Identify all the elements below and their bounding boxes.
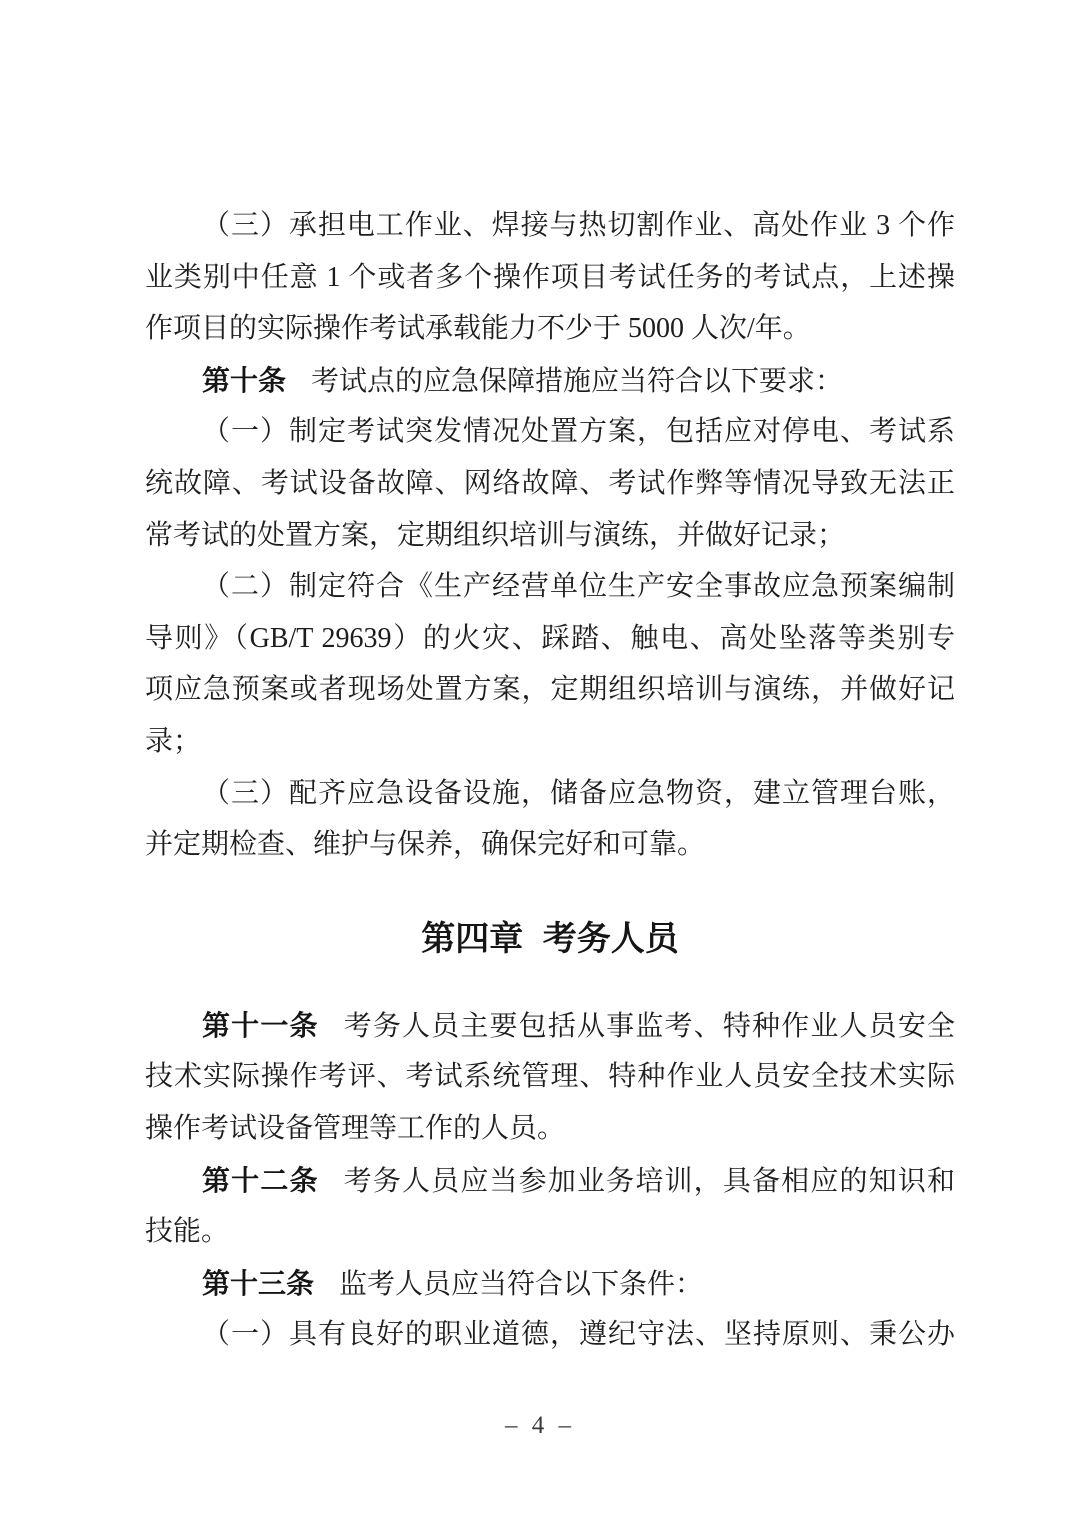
- text-line: （二）制定符合《生产经营单位生产安全事故应急预案编制: [145, 561, 955, 613]
- text-line: 第十一条考务人员主要包括从事监考、特种作业人员安全: [145, 1000, 955, 1052]
- article-number: 第十三条: [202, 1268, 314, 1299]
- text-line: 录；: [145, 716, 955, 768]
- text-line: （三）承担电工作业、焊接与热切割作业、高处作业 3 个作: [145, 200, 955, 252]
- text-line: （三）配齐应急设备设施，储备应急物资，建立管理台账，: [145, 768, 955, 820]
- article-text: 考务人员应当参加业务培训，具备相应的知识和: [344, 1166, 955, 1197]
- article-number: 第十条: [202, 365, 286, 396]
- chapter-body: 第十一条考务人员主要包括从事监考、特种作业人员安全 技术实际操作考评、考试系统管…: [145, 1000, 955, 1361]
- article-text: 监考人员应当符合以下条件：: [339, 1269, 703, 1300]
- article-text: 考务人员主要包括从事监考、特种作业人员安全: [344, 1011, 955, 1042]
- page-number: – 4 –: [0, 1412, 1080, 1440]
- text-line: 第十条考试点的应急保障措施应当符合以下要求：: [145, 355, 955, 407]
- text-line: 统故障、考试设备故障、网络故障、考试作弊等情况导致无法正: [145, 458, 955, 510]
- text-line: 技术实际操作考评、考试系统管理、特种作业人员安全技术实际: [145, 1051, 955, 1103]
- document-page: （三）承担电工作业、焊接与热切割作业、高处作业 3 个作 业类别中任意 1 个或…: [0, 0, 1080, 1526]
- article-number: 第十二条: [202, 1165, 319, 1196]
- text-line: 业类别中任意 1 个或者多个操作项目考试任务的考试点，上述操: [145, 252, 955, 304]
- text-line: （一）制定考试突发情况处置方案，包括应对停电、考试系: [145, 406, 955, 458]
- article-text: 考试点的应急保障措施应当符合以下要求：: [311, 366, 843, 397]
- text-line: 第十二条考务人员应当参加业务培训，具备相应的知识和: [145, 1155, 955, 1207]
- article-number: 第十一条: [202, 1010, 319, 1041]
- document-body: （三）承担电工作业、焊接与热切割作业、高处作业 3 个作 业类别中任意 1 个或…: [145, 200, 955, 1361]
- text-line: 导则》（GB/T 29639）的火灾、踩踏、触电、高处坠落等类别专: [145, 613, 955, 665]
- text-line: 操作考试设备管理等工作的人员。: [145, 1103, 955, 1155]
- text-line: 项应急预案或者现场处置方案，定期组织培训与演练，并做好记: [145, 664, 955, 716]
- text-line: 第十三条监考人员应当符合以下条件：: [145, 1258, 955, 1310]
- text-line: （一）具有良好的职业道德，遵纪守法、坚持原则、秉公办: [145, 1309, 955, 1361]
- text-line: 作项目的实际操作考试承载能力不少于 5000 人次/年。: [145, 303, 955, 355]
- text-line: 技能。: [145, 1206, 955, 1258]
- chapter-heading: 第四章 考务人员: [145, 909, 955, 969]
- text-line: 常考试的处置方案，定期组织培训与演练，并做好记录；: [145, 510, 955, 562]
- text-line: 并定期检查、维护与保养，确保完好和可靠。: [145, 819, 955, 871]
